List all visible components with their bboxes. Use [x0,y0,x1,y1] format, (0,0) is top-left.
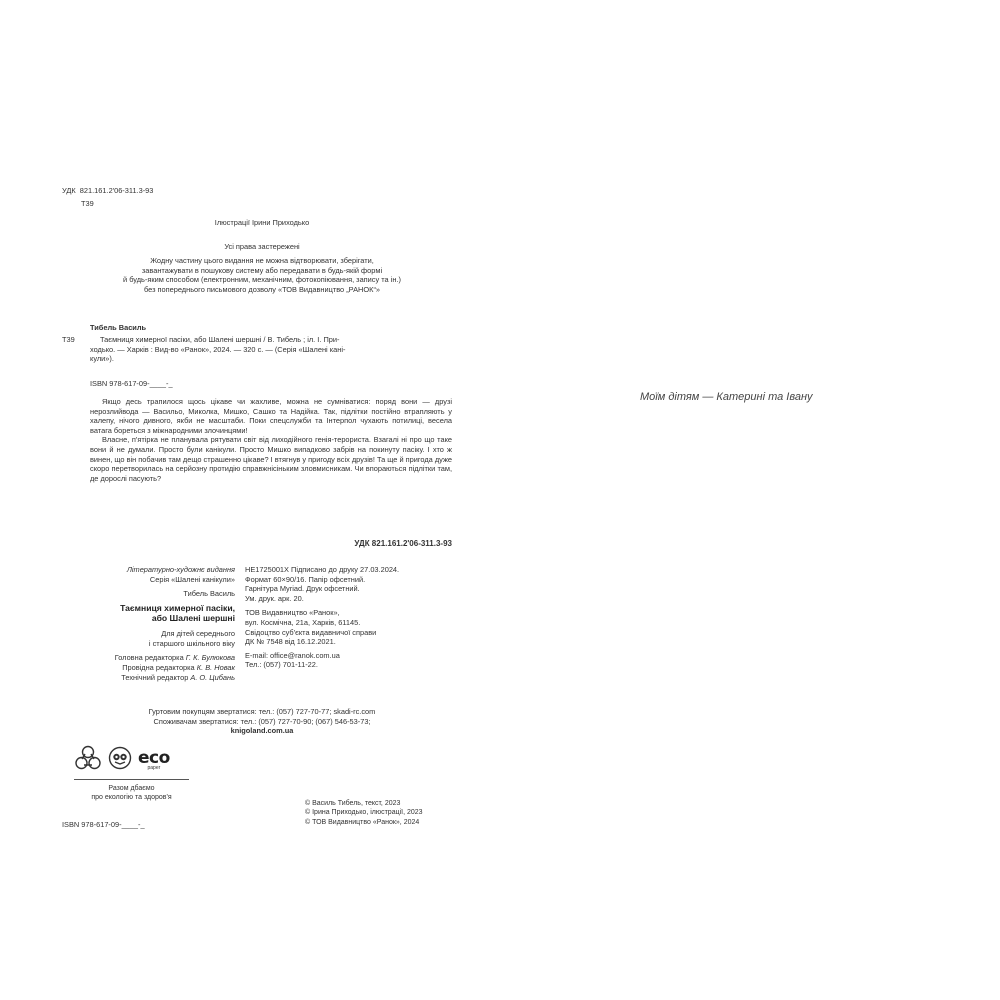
imprint-author: Тибель Василь [62,589,235,599]
staff-role: Головна редакторка [115,653,184,662]
catalog-line: кули»). [90,354,452,364]
eco-logos: eco paper [74,745,189,776]
eco-divider [74,779,189,780]
consumer-contact: Споживачам звертатися: тел.: (057) 727-7… [62,717,462,727]
isbn-bottom: ISBN 978-617-09-____-_ [62,820,145,830]
copyrights: © Василь Тибель, текст, 2023 © Ірина При… [305,799,423,827]
publisher-line: ДК № 7548 від 16.12.2021. [245,637,399,647]
staff-name: К. В. Новак [197,663,235,672]
dedication: Моїм дітям — Катерині та Івану [640,391,813,403]
staff-role: Провідна редакторка [122,663,195,672]
catalog-mark: Т39 [62,335,75,345]
eco-badge: eco paper Разом дбаємо про екологію та з… [74,745,189,803]
imprint-title-line: або Шалені шершні [62,613,235,623]
publisher-line: вул. Космічна, 21а, Харків, 61145. [245,618,399,628]
recycle-icon [74,745,102,776]
staff-name: Г. К. Булюкова [186,653,235,662]
annotation: Якщо десь трапилося щось цікаве чи жахли… [90,397,452,483]
audience-line: і старшого шкільного віку [62,639,235,649]
eco-slogan-line: Разом дбаємо [74,784,189,793]
owl-icon [108,746,132,775]
print-details: НЕ1725001Х Підписано до друку 27.03.2024… [245,565,399,603]
audience-line: Для дітей середнього [62,629,235,639]
publisher-details: ТОВ Видавництво «Ранок», вул. Космічна, … [245,608,399,670]
udc-footer: УДК 821.161.2'06-311.3-93 [90,539,452,549]
staff-item: Провідна редакторка К. В. Новак [62,663,235,673]
contacts: Гуртовим покупцям звертатися: тел.: (057… [62,707,462,736]
staff-list: Головна редакторка Г. К. Булюкова Провід… [62,653,235,682]
staff-role: Технічний редактор [121,673,188,682]
udc-code: 821.161.2'06-311.3-93 [80,186,154,195]
publisher-line: ТОВ Видавництво «Ранок», [245,608,399,618]
imprint-title-line: Таємниця химерної пасіки, [62,603,235,613]
copyright-line: © Василь Тибель, текст, 2023 [305,799,423,808]
catalog-line: ходько. — Харків : Вид-во «Ранок», 2024.… [90,345,452,355]
rights-line: й будь-яким способом (електронним, механ… [62,275,462,285]
copyright-line: © ТОВ Видавництво «Ранок», 2024 [305,818,423,827]
audience: Для дітей середнього і старшого шкільног… [62,629,235,648]
eco-paper-logo: eco paper [138,751,170,771]
publisher-email: E-mail: office@ranok.com.ua [245,651,399,661]
publisher-phone: Тел.: (057) 701-11-22. [245,660,399,670]
catalog-line: Таємниця химерної пасіки, або Шалені шер… [90,335,452,345]
imprint-title: Таємниця химерної пасіки, або Шалені шер… [62,603,235,623]
print-line: Гарнітура Myriad. Друк офсетний. [245,584,399,594]
series-name: Серія «Шалені канікули» [62,575,235,585]
print-line: Ум. друк. арк. 20. [245,594,399,604]
copyright-line: © Ірина Приходько, ілюстрації, 2023 [305,808,423,817]
eco-brand: eco [138,751,170,765]
rights-title: Усі права застережені [62,242,462,252]
udc-header: УДК 821.161.2'06-311.3-93 [62,186,153,196]
rights-line: завантажувати в пошукову систему або пер… [62,266,462,276]
rights-line: Жодну частину цього видання не можна від… [62,256,462,266]
imprint-left: Літературно-художнє видання Серія «Шален… [62,565,235,682]
eco-slogan-line: про екологію та здоров'я [74,793,189,802]
catalog-description: Таємниця химерної пасіки, або Шалені шер… [90,335,452,364]
author-mark: Т39 [81,199,94,209]
eco-slogan: Разом дбаємо про екологію та здоров'я [74,784,189,803]
staff-item: Головна редакторка Г. К. Булюкова [62,653,235,663]
print-line: Формат 60×90/16. Папір офсетний. [245,575,399,585]
catalog-author: Тибель Василь [90,323,146,333]
annotation-paragraph: Якщо десь трапилося щось цікаве чи жахли… [90,397,452,435]
catalog-isbn: ISBN 978-617-09-____-_ [90,379,173,389]
annotation-paragraph: Власне, п'ятірка не планувала рятувати с… [90,435,452,483]
rights-line: без попереднього письмового дозволу «ТОВ… [62,285,462,295]
illustrations-credit: Ілюстрації Ірини Приходько [62,218,462,228]
staff-name: А. О. Цибань [190,673,235,682]
wholesale-contact: Гуртовим покупцям звертатися: тел.: (057… [62,707,462,717]
print-line: НЕ1725001Х Підписано до друку 27.03.2024… [245,565,399,575]
website: knigoland.com.ua [62,726,462,736]
publisher-line: Свідоцтво суб'єкта видавничої справи [245,628,399,638]
staff-item: Технічний редактор А. О. Цибань [62,673,235,683]
udc-label: УДК [62,186,76,195]
edition-type: Літературно-художнє видання [62,565,235,575]
imprint-right: НЕ1725001Х Підписано до друку 27.03.2024… [245,565,399,670]
rights-text: Жодну частину цього видання не можна від… [62,256,462,294]
